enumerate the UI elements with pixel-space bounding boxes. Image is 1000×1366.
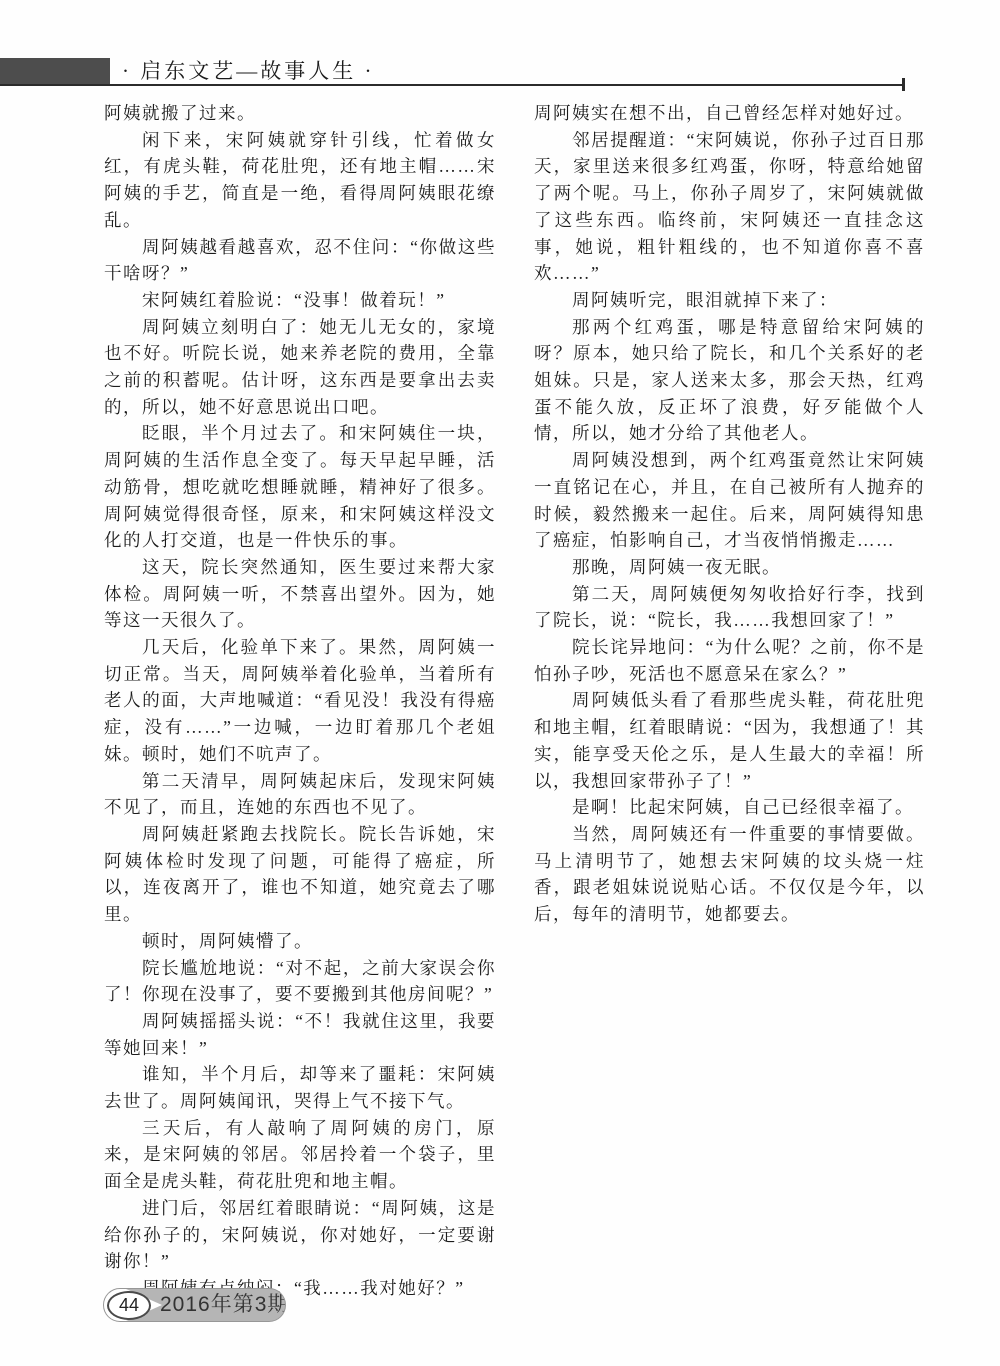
issue-label: 2016年第3期 [160, 1289, 279, 1321]
story-column-right: 周阿姨实在想不出，自己曾经怎样对她好过。邻居提醒道：“宋阿姨说，你孙子过百日那天… [534, 100, 925, 928]
story-paragraph: 邻居提醒道：“宋阿姨说，你孙子过百日那天，家里送来很多红鸡蛋，你呀，特意给她留了… [534, 127, 925, 287]
header-rule [0, 84, 905, 86]
story-paragraph: 周阿姨赶紧跑去找院长。院长告诉她，宋阿姨体检时发现了问题，可能得了癌症，所以，连… [104, 821, 496, 928]
story-paragraph: 是啊！比起宋阿姨，自己已经很幸福了。 [534, 794, 925, 821]
story-paragraph: 院长尴尬地说：“对不起，之前大家误会你了！你现在没事了，要不要搬到其他房间呢？” [104, 955, 496, 1008]
story-paragraph: 周阿姨摇摇头说：“不！我就住这里，我要等她回来！” [104, 1008, 496, 1061]
story-paragraph: 院长诧异地问：“为什么呢？之前，你不是怕孙子吵，死活也不愿意呆在家么？” [534, 634, 925, 687]
story-paragraph: 几天后，化验单下来了。果然，周阿姨一切正常。当天，周阿姨举着化验单，当着所有老人… [104, 634, 496, 768]
story-paragraph: 周阿姨越看越喜欢，忍不住问：“你做这些干啥呀？” [104, 234, 496, 287]
story-paragraph: 周阿姨没想到，两个红鸡蛋竟然让宋阿姨一直铭记在心，并且，在自己被所有人抛弃的时候… [534, 447, 925, 554]
story-paragraph: 闲下来，宋阿姨就穿针引线，忙着做女红，有虎头鞋，荷花肚兜，还有地主帽……宋阿姨的… [104, 127, 496, 234]
story-column-left: 阿姨就搬了过来。闲下来，宋阿姨就穿针引线，忙着做女红，有虎头鞋，荷花肚兜，还有地… [104, 100, 496, 1302]
story-paragraph: 那晚，周阿姨一夜无眠。 [534, 554, 925, 581]
story-paragraph: 第二天，周阿姨便匆匆收拾好行李，找到了院长，说：“院长，我……我想回家了！” [534, 581, 925, 634]
header-rule-end-tick [902, 78, 905, 91]
story-paragraph: 谁知，半个月后，却等来了噩耗：宋阿姨去世了。周阿姨闻讯，哭得上气不接下气。 [104, 1061, 496, 1114]
magazine-page: · 启东文艺—故事人生 · 阿姨就搬了过来。闲下来，宋阿姨就穿针引线，忙着做女红… [0, 0, 1000, 1366]
story-paragraph: 三天后，有人敲响了周阿姨的房门，原来，是宋阿姨的邻居。邻居拎着一个袋子，里面全是… [104, 1115, 496, 1195]
story-paragraph: 宋阿姨红着脸说：“没事！做着玩！” [104, 287, 496, 314]
story-paragraph: 周阿姨低头看了看那些虎头鞋，荷花肚兜和地主帽，红着眼睛说：“因为，我想通了！其实… [534, 687, 925, 794]
story-paragraph: 进门后，邻居红着眼睛说：“周阿姨，这是给你孙子的，宋阿姨说，你对她好，一定要谢谢… [104, 1195, 496, 1275]
journal-section-title: · 启东文艺—故事人生 · [122, 58, 375, 84]
story-paragraph: 第二天清早，周阿姨起床后，发现宋阿姨不见了，而且，连她的东西也不见了。 [104, 768, 496, 821]
story-paragraph: 当然，周阿姨还有一件重要的事情要做。马上清明节了，她想去宋阿姨的坟头烧一炷香，跟… [534, 821, 925, 928]
page-footer: 44 2016年第3期 [103, 1288, 286, 1322]
story-paragraph: 周阿姨听完，眼泪就掉下来了： [534, 287, 925, 314]
header-corner-bar [0, 58, 110, 84]
story-paragraph: 这天，院长突然通知，医生要过来帮大家体检。周阿姨一听，不禁喜出望外。因为，她等这… [104, 554, 496, 634]
story-paragraph: 眨眼，半个月过去了。和宋阿姨住一块，周阿姨的生活作息全变了。每天早起早睡，活动筋… [104, 420, 496, 554]
page-number: 44 [119, 1295, 139, 1316]
story-paragraph: 那两个红鸡蛋，哪是特意留给宋阿姨的呀？原本，她只给了院长，和几个关系好的老姐妹。… [534, 314, 925, 448]
page-number-badge: 44 [107, 1291, 151, 1320]
story-paragraph: 顿时，周阿姨懵了。 [104, 928, 496, 955]
story-paragraph: 周阿姨实在想不出，自己曾经怎样对她好过。 [534, 100, 925, 127]
story-paragraph: 周阿姨立刻明白了：她无儿无女的，家境也不好。听院长说，她来养老院的费用，全靠之前… [104, 314, 496, 421]
story-paragraph: 阿姨就搬了过来。 [104, 100, 496, 127]
